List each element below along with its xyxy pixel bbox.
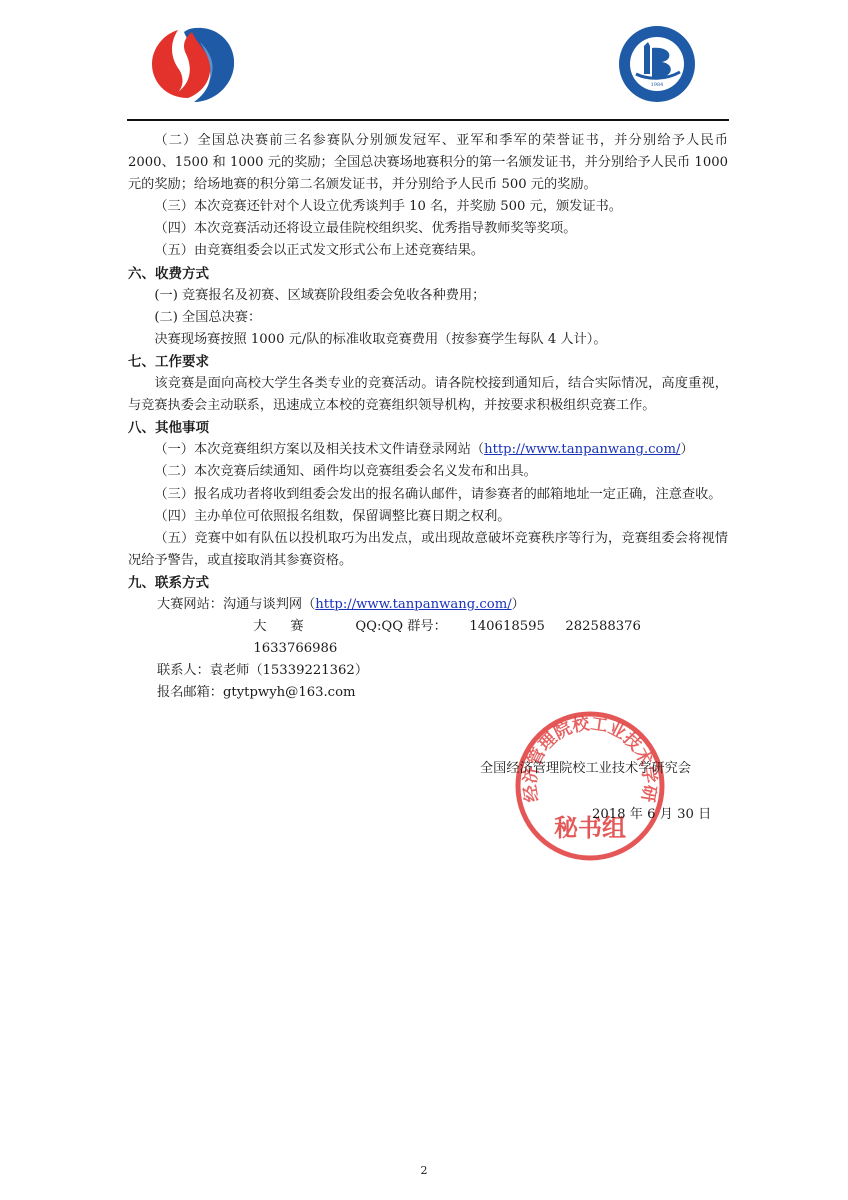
contact-website: 大赛网站：沟通与谈判网（http://www.tanpanwang.com/） [128, 594, 728, 616]
contact-person: 联系人：袁老师（15339221362） [128, 660, 728, 682]
section-requirements-heading: 七、工作要求 [128, 351, 728, 373]
svg-text:全国经济管理院校工业技术学研究会: 全国经济管理院校工业技术学研究会 [512, 708, 660, 803]
competition-flame-logo [148, 22, 238, 106]
contact-website-link[interactable]: http://www.tanpanwang.com/ [315, 597, 511, 612]
qq-group-2: 282588376 [565, 616, 641, 660]
contact-qq: 大赛 QQ: 1633766986 QQ 群号： 140618595 28258… [128, 616, 728, 660]
contact-email: 报名邮箱：gtytpwyh@163.com [128, 682, 728, 704]
other-item-3: （三）报名成功者将收到组委会发出的报名确认邮件，请参赛者的邮箱地址一定正确，注意… [128, 484, 728, 506]
signing-date: 2018 年 6 月 30 日 [592, 803, 711, 822]
other-item-4: （四）主办单位可依照报名组数，保留调整比赛日期之权利。 [128, 506, 728, 528]
section-contact-heading: 九、联系方式 [128, 572, 728, 594]
page-number: 2 [0, 1164, 848, 1177]
award-item-4: （四）本次竞赛活动还将设立最佳院校组织奖、优秀指导教师奖等奖项。 [128, 218, 728, 240]
fee-item-2: (二) 全国总决赛： [128, 307, 728, 329]
qq-group-label: QQ 群号： [381, 616, 469, 660]
other-item-5: （五）竞赛中如有队伍以投机取巧为出发点，或出现故意破坏竞赛秩序等行为，竞赛组委会… [128, 528, 728, 572]
svg-text:1984: 1984 [651, 82, 664, 88]
section-fees-heading: 六、收费方式 [128, 263, 728, 285]
qq-number: 大赛 QQ: 1633766986 [253, 616, 381, 660]
qq-group-1: 140618595 [469, 616, 565, 660]
fee-item-1: (一) 竞赛报名及初赛、区域赛阶段组委会免收各种费用； [128, 285, 728, 307]
header-rule [127, 119, 729, 121]
award-item-2: （二）全国总决赛前三名参赛队分别颁发冠军、亚军和季军的荣誉证书，并分别给予人民币… [128, 130, 728, 196]
award-item-3: （三）本次竞赛还针对个人设立优秀谈判手 10 名，并奖励 500 元，颁发证书。 [128, 196, 728, 218]
signing-organization: 全国经济管理院校工业技术学研究会 [480, 757, 691, 776]
fee-item-3: 决赛现场赛按照 1000 元/队的标准收取竞赛费用（按参赛学生每队 4 人计）。 [128, 329, 728, 351]
other-item-1: （一）本次竞赛组织方案以及相关技术文件请登录网站（http://www.tanp… [128, 439, 728, 461]
website-link[interactable]: http://www.tanpanwang.com/ [484, 442, 680, 457]
requirements-body: 该竞赛是面向高校大学生各类专业的竞赛活动。请各院校接到通知后，结合实际情况，高度… [128, 373, 728, 417]
award-item-5: （五）由竞赛组委会以正式发文形式公布上述竞赛结果。 [128, 240, 728, 262]
section-other-heading: 八、其他事项 [128, 417, 728, 439]
official-seal-stamp: 全国经济管理院校工业技术学研究会 秘书组 [512, 708, 668, 864]
other-item-2: （二）本次竞赛后续通知、函件均以竞赛组委会名义发布和出具。 [128, 461, 728, 483]
document-body: （二）全国总决赛前三名参赛队分别颁发冠军、亚军和季军的荣誉证书，并分别给予人民币… [128, 130, 728, 704]
university-seal-logo: 1984 [614, 24, 700, 104]
